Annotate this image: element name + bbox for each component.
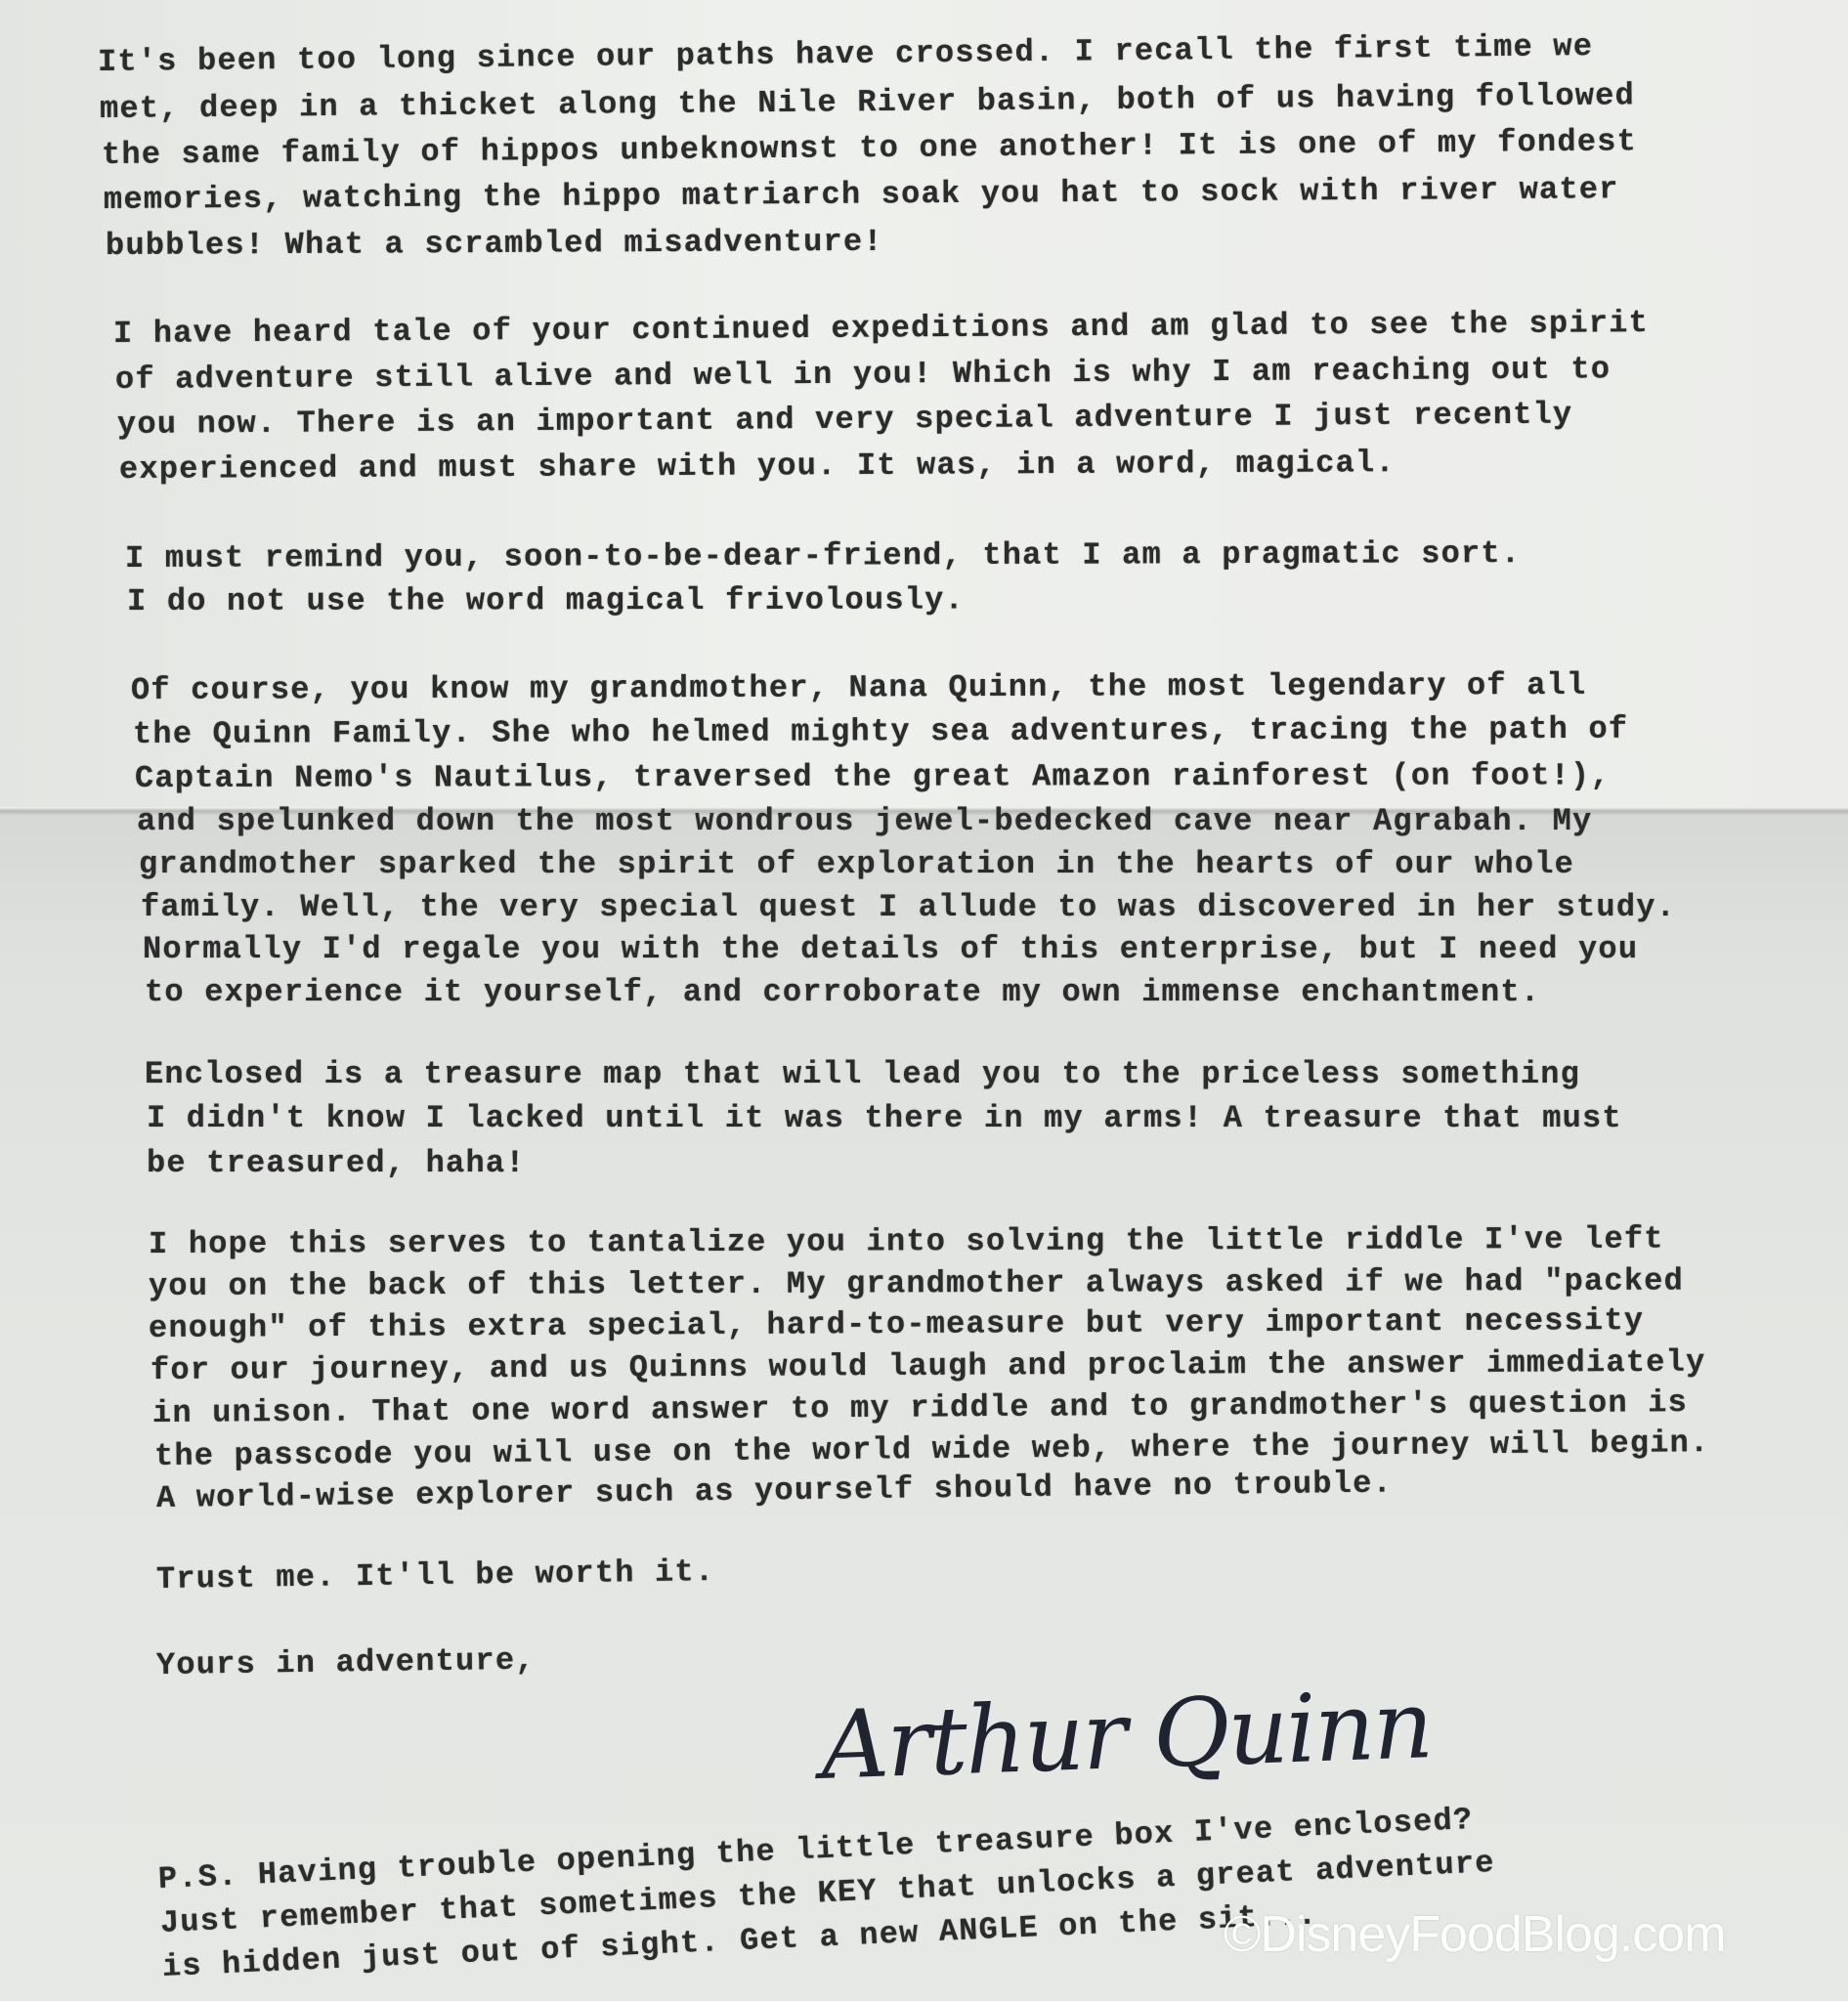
letter-line: I didn't know I lacked until it was ther… bbox=[147, 1100, 1622, 1136]
letter-line: grandmother sparked the spirit of explor… bbox=[139, 846, 1574, 882]
letter-line: Enclosed is a treasure map that will lea… bbox=[145, 1056, 1580, 1092]
letter-line: of adventure still alive and well in you… bbox=[115, 351, 1611, 398]
letter-line: and spelunked down the most wondrous jew… bbox=[137, 803, 1592, 839]
letter-line: to experience it yourself, and corrobora… bbox=[145, 974, 1540, 1010]
letter-line: I have heard tale of your continued expe… bbox=[113, 305, 1649, 352]
letter-line: It's been too long since our paths have … bbox=[98, 28, 1594, 80]
letter-line: the passcode you will use on the world w… bbox=[154, 1425, 1710, 1474]
letter-line: Captain Nemo's Nautilus, traversed the g… bbox=[135, 757, 1611, 796]
signature: Arthur Quinn bbox=[819, 1670, 1433, 1801]
letter-line: bubbles! What a scrambled misadventure! bbox=[106, 224, 883, 264]
letter-line: I do not use the word magical frivolousl… bbox=[127, 582, 965, 619]
letter-line: A world-wise explorer such as yourself s… bbox=[156, 1466, 1393, 1516]
letter-line: Yours in adventure, bbox=[156, 1642, 536, 1683]
letter-line: Trust me. It'll be worth it. bbox=[156, 1554, 715, 1597]
letter-line: experienced and must share with you. It … bbox=[119, 445, 1396, 488]
letter-line: the Quinn Family. She who helmed mighty … bbox=[133, 711, 1628, 752]
letter-line: I hope this serves to tantalize you into… bbox=[149, 1221, 1664, 1262]
letter-line: memories, watching the hippo matriarch s… bbox=[104, 171, 1619, 218]
letter-line: you on the back of this letter. My grand… bbox=[149, 1263, 1684, 1304]
letter-line: family. Well, the very special quest I a… bbox=[141, 889, 1676, 925]
letter-line: Normally I'd regale you with the details… bbox=[143, 931, 1638, 967]
letter-line: Of course, you know my grandmother, Nana… bbox=[131, 667, 1587, 708]
letter-line: the same family of hippos unbeknownst to… bbox=[102, 123, 1637, 173]
letter-line: met, deep in a thicket along the Nile Ri… bbox=[100, 77, 1635, 127]
letter-line: for our journey, and us Quinns would lau… bbox=[150, 1344, 1706, 1388]
watermark: ©DisneyFoodBlog.com bbox=[1224, 1905, 1726, 1964]
letter-line: enough" of this extra special, hard-to-m… bbox=[149, 1302, 1644, 1346]
letter-line: in unison. That one word answer to my ri… bbox=[152, 1384, 1688, 1431]
letter-line: you now. There is an important and very … bbox=[117, 397, 1573, 443]
letter-line: I must remind you, soon-to-be-dear-frien… bbox=[125, 535, 1521, 576]
letter-line: be treasured, haha! bbox=[147, 1145, 526, 1181]
